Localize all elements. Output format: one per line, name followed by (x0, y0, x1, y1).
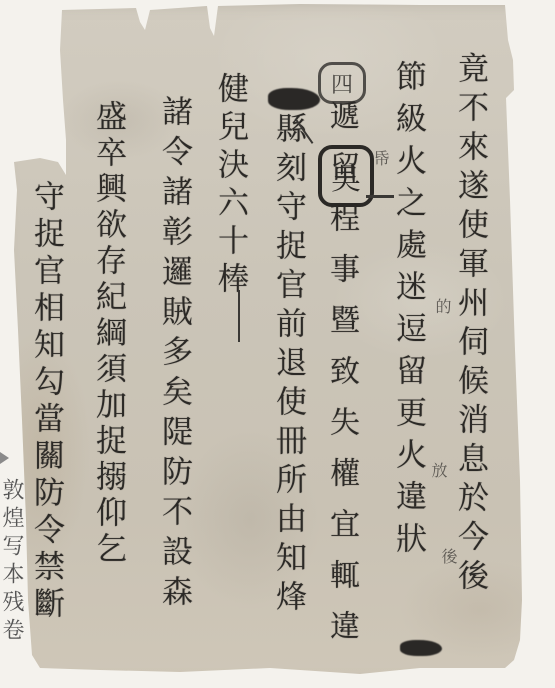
manuscript-column-6: 諸令諸彰邏賊多矣隄防不設森 (158, 95, 189, 615)
ink-blot-top (268, 88, 320, 110)
manuscript-column-5: 健兒決六十棒 (214, 72, 245, 300)
margin-note: 放 (430, 462, 446, 478)
horizontal-mark-stroke (366, 195, 394, 198)
image-caption: 敦煌写本残卷 (0, 478, 27, 646)
brush-tail-stroke (238, 290, 240, 342)
ink-blot-bottom (400, 640, 442, 656)
manuscript-column-3: 遞留程事暨致失權宜輒違 (326, 100, 356, 661)
margin-note: 的 (434, 298, 450, 314)
manuscript-column-1: 竟不來遂使軍州伺候消息於今後 (454, 52, 485, 598)
manuscript-column-7: 盛卒興欲存紀綱須加捉搦仰乞 (92, 100, 123, 568)
manuscript-column-8: 守捉官相知勾當關防令禁斷 (30, 180, 61, 624)
margin-note: 帋 (372, 150, 388, 166)
manuscript-column-2: 節級火之處迷逗留更火違狀 (392, 60, 423, 564)
manuscript-column-4: 縣刻守捉官前退使冊所由知烽 (272, 112, 303, 619)
triangle-right-icon (0, 452, 9, 464)
margin-note: 後 (440, 548, 456, 564)
circled-seal-mark: 四 (318, 62, 366, 104)
